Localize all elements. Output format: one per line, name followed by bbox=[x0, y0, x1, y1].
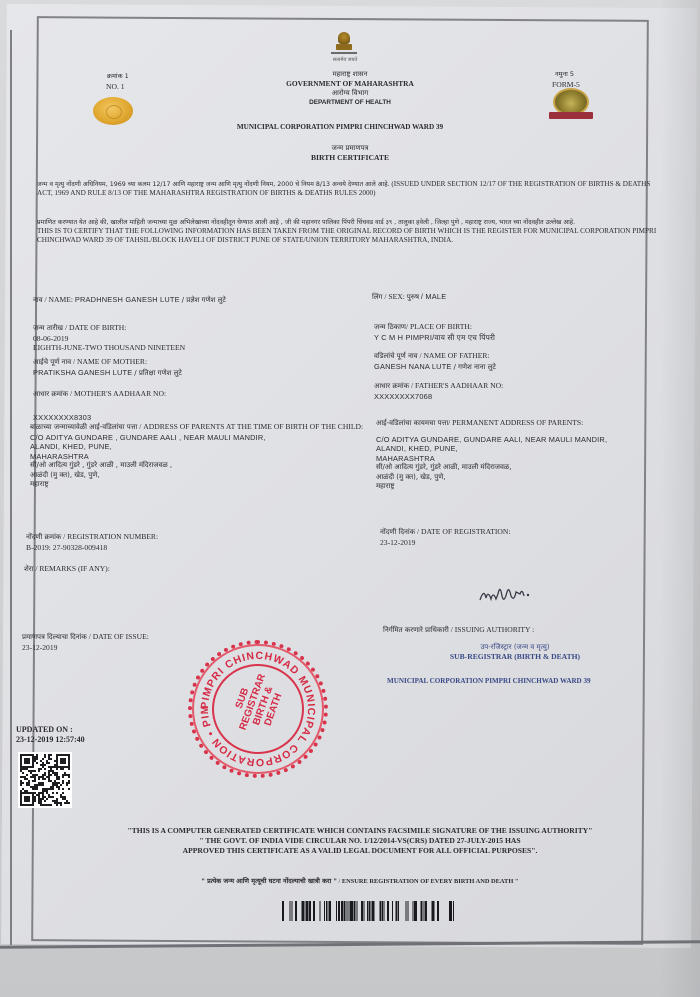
field-place-of-birth: जन्म ठिकाण/ PLACE OF BIRTH: Y C M H PIMP… bbox=[374, 322, 674, 342]
field-mother-aadhaar: आधार क्रमांक / MOTHER'S AADHAAR NO: XXXX… bbox=[33, 389, 363, 422]
updated-on: UPDATED ON : 23-12-2019 12:57:40 bbox=[16, 725, 216, 745]
govt-title: GOVERNMENT OF MAHARASHTRA bbox=[230, 79, 470, 89]
field-address-at-birth: बाळाच्या जन्माच्यावेळी आई-वडिलांचा पत्ता… bbox=[30, 422, 370, 490]
field-remarks: शेरा / REMARKS (IF ANY): bbox=[24, 564, 354, 575]
footer-slogan: " प्रत्येक जन्म आणि मृत्यूची घटना नोंदल्… bbox=[60, 877, 660, 886]
official-stamp: PIMPRI CHINCHWAD MUNICIPAL CORPORATION •… bbox=[188, 640, 328, 778]
mother-aadhaar-value: XXXXXXXX8303 bbox=[33, 413, 363, 423]
registration-number-value: B-2019: 27-90328-009418 bbox=[26, 543, 356, 553]
father-aadhaar-value: XXXXXXXX7068 bbox=[374, 392, 674, 402]
field-name: नाव / NAME: PRADHNESH GANESH LUTE / प्रज… bbox=[33, 295, 363, 306]
updated-on-value: 23-12-2019 12:57:40 bbox=[16, 735, 216, 745]
form-label-marathi: नमुना 5 bbox=[555, 69, 574, 78]
issued-under-block: जन्म व मृत्यु नोंदणी अधिनियम, 1969 च्या … bbox=[37, 180, 657, 198]
emblem-motto: सत्यमेव जयते bbox=[300, 57, 390, 63]
sex-value: / MALE bbox=[421, 292, 446, 301]
father-value: GANESH NANA LUTE bbox=[374, 362, 452, 371]
no-label-marathi: क्रमांक 1 bbox=[107, 71, 129, 80]
field-registration-number: नोंदणी क्रमांक / REGISTRATION NUMBER: B-… bbox=[26, 532, 356, 552]
field-father: वडिलांचे पूर्ण नाव / NAME OF FATHER: GAN… bbox=[374, 351, 674, 372]
qr-code bbox=[18, 752, 72, 808]
no-label: NO. 1 bbox=[106, 82, 125, 92]
maharashtra-seal-icon bbox=[93, 97, 133, 125]
issued-under-marathi: जन्म व मृत्यु नोंदणी अधिनियम, 1969 च्या … bbox=[37, 181, 390, 188]
issuing-authority: उप-रजिस्ट्रार (जन्म व मृत्यु) SUB-REGIST… bbox=[400, 643, 630, 662]
certify-marathi: प्रमाणित करण्यात येत आहे की, खालील माहित… bbox=[37, 218, 657, 227]
govt-marathi: महाराष्ट्र शासन bbox=[230, 70, 470, 79]
dept-title: DEPARTMENT OF HEALTH bbox=[230, 98, 470, 108]
title-marathi: जन्म प्रमाणपत्र bbox=[250, 144, 450, 153]
corporation-logo-icon bbox=[549, 88, 593, 122]
photo-shadow bbox=[660, 0, 700, 997]
signature-image bbox=[478, 580, 538, 606]
certify-text: THIS IS TO CERTIFY THAT THE FOLLOWING IN… bbox=[37, 227, 657, 245]
mother-value: PRATIKSHA GANESH LUTE bbox=[33, 368, 132, 377]
dept-marathi: आरोग्य विभाग bbox=[230, 89, 470, 98]
field-registration-date: नोंदणी दिनांक / DATE OF REGISTRATION: 23… bbox=[380, 527, 680, 547]
name-value: PRADHNESH GANESH LUTE bbox=[75, 295, 180, 304]
issuing-authority-label: निर्गमित करणारे प्राधिकारी / ISSUING AUT… bbox=[383, 625, 683, 636]
authority-office: MUNICIPAL CORPORATION PIMPRI CHINCHWAD W… bbox=[387, 677, 687, 687]
authority-role: SUB-REGISTRAR (BIRTH & DEATH) bbox=[400, 652, 630, 662]
field-dob: जन्म तारीख / DATE OF BIRTH: 08-06-2019 E… bbox=[33, 323, 363, 353]
place-of-birth-value: Y C M H PIMPRI/वाय सी एम एच पिंपरी bbox=[374, 333, 674, 343]
footer-disclaimer: "THIS IS A COMPUTER GENERATED CERTIFICAT… bbox=[60, 826, 660, 856]
registration-date-value: 23-12-2019 bbox=[380, 538, 680, 548]
certify-block: प्रमाणित करण्यात येत आहे की, खालील माहित… bbox=[37, 218, 657, 245]
field-mother: आईचे पूर्ण नाव / NAME OF MOTHER: PRATIKS… bbox=[33, 357, 363, 378]
field-father-aadhaar: आधार क्रमांक / FATHER'S AADHAAR NO: XXXX… bbox=[374, 381, 674, 401]
field-sex: लिंग / SEX: पुरुष / MALE bbox=[372, 292, 672, 303]
dob-words: EIGHTH-JUNE-TWO THOUSAND NINETEEN bbox=[33, 343, 363, 353]
paper-edge bbox=[10, 30, 12, 945]
field-permanent-address: आई-वडिलांचा कायमचा पत्ता/ PERMANENT ADDR… bbox=[376, 418, 676, 492]
dob-value: 08-06-2019 bbox=[33, 334, 363, 344]
certificate-title: BIRTH CERTIFICATE bbox=[250, 153, 450, 163]
national-emblem-icon bbox=[333, 32, 355, 56]
barcode bbox=[282, 901, 456, 921]
corporation-name: MUNICIPAL CORPORATION PIMPRI CHINCHWAD W… bbox=[100, 123, 580, 133]
